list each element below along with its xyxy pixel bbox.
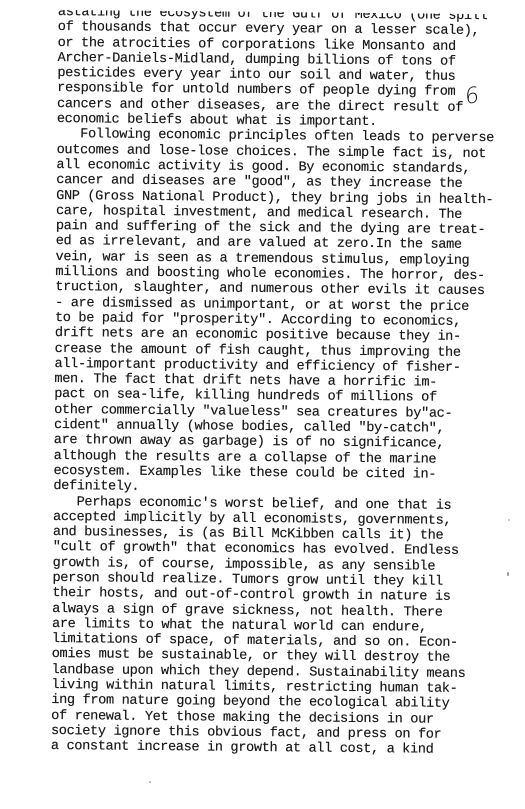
text-line: a constant increase in growth at all cos… [51,739,501,759]
scan-speck [508,519,510,521]
scan-speck [507,572,509,576]
handwritten-page-number: 6 [465,83,479,110]
scan-speck [149,781,151,783]
scanned-page: astating the ecosystem of the Gulf of Me… [0,0,525,809]
body-text: astating the ecosystem of the Gulf of Me… [51,5,508,759]
